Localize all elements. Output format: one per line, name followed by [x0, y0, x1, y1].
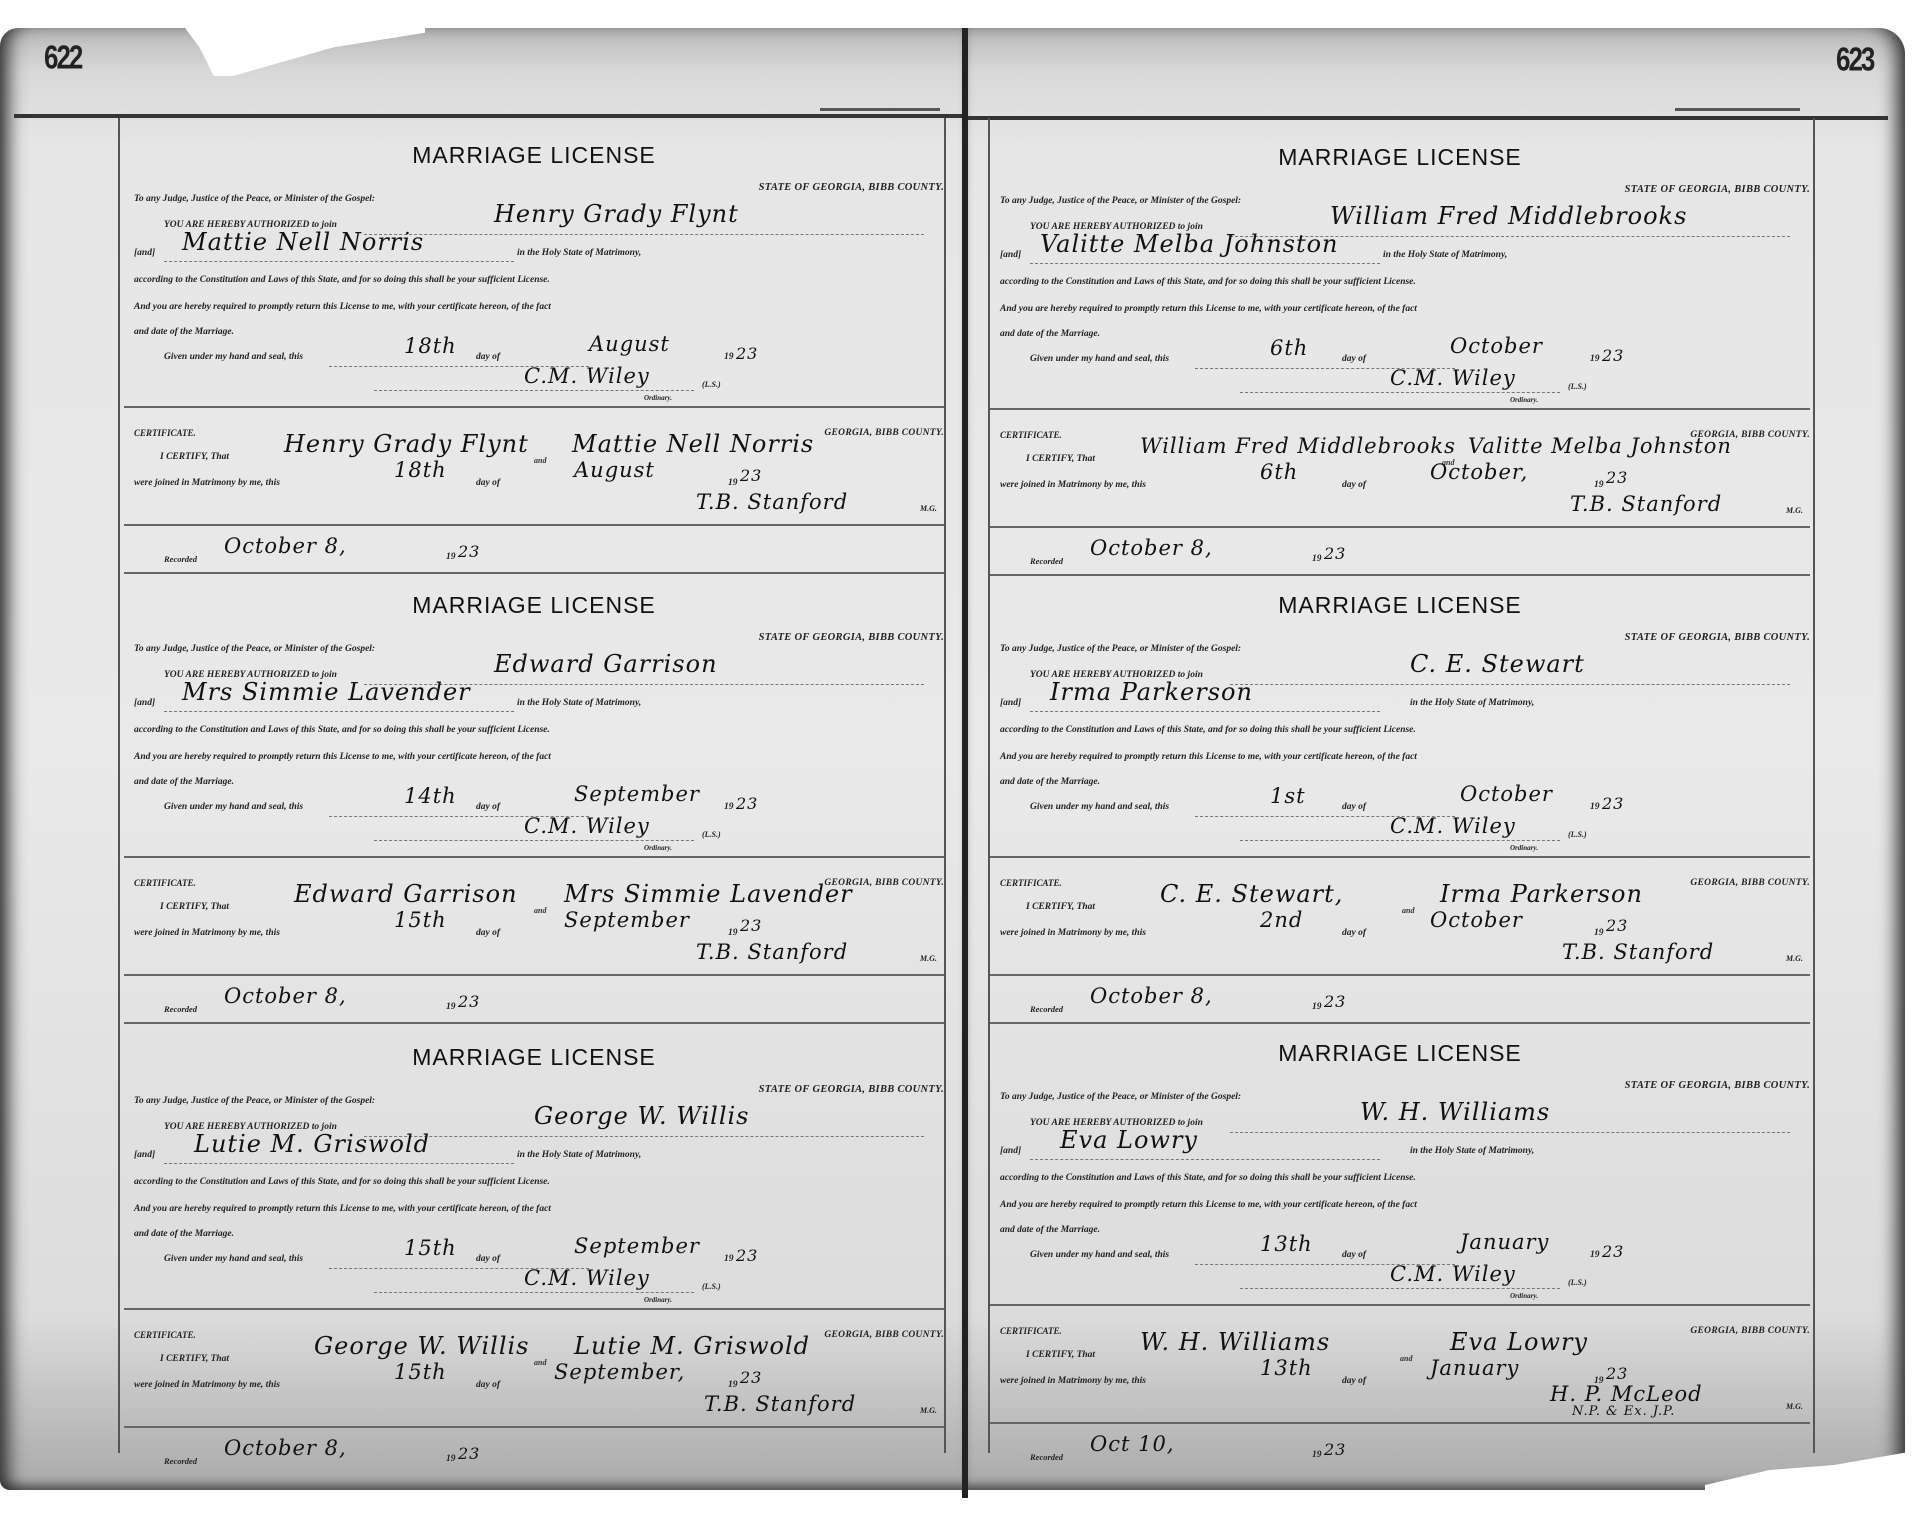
marriage-year: 23 — [1606, 468, 1628, 487]
groom-name: George W. Willis — [534, 1102, 750, 1130]
marriage-year: 23 — [1606, 916, 1628, 935]
constitution-line: according to the Constitution and Laws o… — [134, 1177, 550, 1187]
marriage-month: September — [564, 908, 690, 932]
ordinary-label: Ordinary. — [644, 394, 672, 402]
page-number-left: 622 — [44, 37, 81, 77]
recorded-year: 23 — [458, 1444, 480, 1463]
marriage-day: 6th — [1260, 460, 1298, 484]
date-line: and date of the Marriage. — [134, 1229, 234, 1239]
seal-label: (L.S.) — [1568, 830, 1587, 839]
day-of-label: day of — [1342, 1250, 1366, 1260]
groom-name: Henry Grady Flynt — [494, 200, 739, 228]
date-line: and date of the Marriage. — [1000, 329, 1100, 339]
cert-bride: Valitte Melba Johnston — [1468, 434, 1732, 458]
marriage-year: 23 — [740, 1368, 762, 1387]
year-prefix: 19 — [724, 802, 734, 812]
year-prefix: 19 — [1590, 802, 1600, 812]
license-title: MARRIAGE LICENSE — [124, 1044, 944, 1071]
day-of-label: day of — [1342, 928, 1366, 938]
mg-suffix: M.G. — [1786, 1402, 1803, 1411]
license-day: 1st — [1270, 784, 1306, 808]
year-prefix: 19 — [728, 928, 738, 938]
page-number-right: 623 — [1836, 39, 1873, 79]
printer-imprint-left — [820, 108, 940, 111]
officiant-signature: H. P. McLeod — [1550, 1382, 1703, 1406]
marriage-month: January — [1430, 1356, 1519, 1380]
officiant-signature: T.B. Stanford — [1562, 940, 1714, 964]
year-prefix: 19 — [724, 1254, 734, 1264]
recorded-date: October 8, — [224, 1436, 347, 1460]
ordinary-label: Ordinary. — [644, 844, 672, 852]
license-title: MARRIAGE LICENSE — [124, 142, 944, 169]
license-entry: MARRIAGE LICENSE STATE OF GEORGIA, BIBB … — [990, 130, 1810, 582]
license-month: September — [574, 782, 700, 806]
recorded-year: 23 — [1324, 992, 1346, 1011]
ordinary-signature: C.M. Wiley — [524, 364, 650, 388]
mg-suffix: M.G. — [1786, 506, 1803, 515]
license-entry: MARRIAGE LICENSE STATE OF GEORGIA, BIBB … — [990, 1026, 1810, 1478]
marriage-month: August — [574, 458, 655, 482]
marriage-year: 23 — [1606, 1364, 1628, 1383]
date-line: and date of the Marriage. — [134, 327, 234, 337]
license-year: 23 — [1602, 794, 1624, 813]
seal-label: (L.S.) — [702, 830, 721, 839]
certificate-label: CERTIFICATE. — [134, 1330, 196, 1340]
year-prefix: 19 — [1594, 928, 1604, 938]
constitution-line: according to the Constitution and Laws o… — [1000, 1173, 1416, 1183]
certificate-label: CERTIFICATE. — [1000, 430, 1062, 440]
recorded-date: October 8, — [224, 984, 347, 1008]
certificate-caption: GEORGIA, BIBB COUNTY. — [824, 428, 944, 438]
seal-label: (L.S.) — [702, 1282, 721, 1291]
mg-suffix: M.G. — [920, 504, 937, 513]
cert-bride: Mrs Simmie Lavender — [564, 880, 853, 908]
ordinary-signature: C.M. Wiley — [1390, 366, 1516, 390]
officiant-signature: T.B. Stanford — [704, 1392, 856, 1416]
year-prefix: 19 — [446, 552, 456, 562]
license-year: 23 — [736, 344, 758, 363]
cert-groom: Henry Grady Flynt — [284, 430, 529, 458]
license-month: January — [1460, 1230, 1549, 1254]
seal-label: (L.S.) — [702, 380, 721, 389]
license-year: 23 — [1602, 346, 1624, 365]
address-line: To any Judge, Justice of the Peace, or M… — [134, 194, 375, 204]
holy-state-text: in the Holy State of Matrimony, — [517, 698, 641, 708]
year-prefix: 19 — [1594, 480, 1604, 490]
marriage-day: 2nd — [1260, 908, 1303, 932]
holy-state-text: in the Holy State of Matrimony, — [1410, 698, 1534, 708]
cert-groom: Edward Garrison — [294, 880, 518, 908]
and-small: and — [534, 456, 546, 465]
holy-state-text: in the Holy State of Matrimony, — [1383, 250, 1507, 260]
state-caption: STATE OF GEORGIA, BIBB COUNTY. — [1625, 184, 1810, 195]
marriage-month: October — [1430, 908, 1523, 932]
and-label: [and] — [1000, 250, 1021, 260]
certify-that: I CERTIFY, That — [160, 452, 229, 462]
recorded-label: Recorded — [1030, 1004, 1063, 1014]
mg-suffix: M.G. — [1786, 954, 1803, 963]
recorded-date: October 8, — [1090, 536, 1213, 560]
certify-that: I CERTIFY, That — [1026, 902, 1095, 912]
book-spine — [962, 28, 968, 1498]
license-entry: MARRIAGE LICENSE STATE OF GEORGIA, BIBB … — [990, 578, 1810, 1030]
cert-groom: William Fred Middlebrooks — [1140, 434, 1456, 458]
address-line: To any Judge, Justice of the Peace, or M… — [1000, 196, 1241, 206]
certificate-label: CERTIFICATE. — [134, 428, 196, 438]
license-day: 15th — [404, 1236, 457, 1260]
and-label: [and] — [1000, 698, 1021, 708]
marriage-year: 23 — [740, 466, 762, 485]
state-caption: STATE OF GEORGIA, BIBB COUNTY. — [759, 632, 944, 643]
cert-bride: Mattie Nell Norris — [572, 430, 814, 458]
license-title: MARRIAGE LICENSE — [990, 592, 1810, 619]
year-prefix: 19 — [728, 1380, 738, 1390]
groom-name: William Fred Middlebrooks — [1330, 202, 1687, 230]
header-rule-right — [968, 116, 1888, 120]
marriage-month: October, — [1430, 460, 1528, 484]
officiant-signature: T.B. Stanford — [696, 940, 848, 964]
certificate-caption: GEORGIA, BIBB COUNTY. — [1690, 878, 1810, 888]
recorded-label: Recorded — [1030, 1452, 1063, 1462]
license-title: MARRIAGE LICENSE — [124, 592, 944, 619]
address-line: To any Judge, Justice of the Peace, or M… — [1000, 644, 1241, 654]
ordinary-signature: C.M. Wiley — [1390, 814, 1516, 838]
joined-line: were joined in Matrimony by me, this — [134, 478, 280, 488]
year-prefix: 19 — [446, 1454, 456, 1464]
address-line: To any Judge, Justice of the Peace, or M… — [134, 1096, 375, 1106]
year-prefix: 19 — [1312, 1450, 1322, 1460]
day-of-label: day of — [1342, 802, 1366, 812]
cert-bride: Lutie M. Griswold — [574, 1332, 810, 1360]
return-line: And you are hereby required to promptly … — [134, 752, 551, 762]
license-title: MARRIAGE LICENSE — [990, 144, 1810, 171]
bride-name: Valitte Melba Johnston — [1040, 230, 1339, 258]
and-label: [and] — [134, 248, 155, 258]
given-under-line: Given under my hand and seal, this — [164, 352, 303, 362]
ordinary-label: Ordinary. — [1510, 1292, 1538, 1300]
cert-groom: C. E. Stewart, — [1160, 880, 1343, 908]
marriage-day: 15th — [394, 1360, 447, 1384]
margin-rule-left-inner — [944, 118, 946, 1453]
recorded-label: Recorded — [1030, 556, 1063, 566]
margin-rule-right — [1813, 118, 1815, 1453]
state-caption: STATE OF GEORGIA, BIBB COUNTY. — [759, 182, 944, 193]
marriage-day: 13th — [1260, 1356, 1313, 1380]
and-small: and — [1400, 1354, 1412, 1363]
license-day: 18th — [404, 334, 457, 358]
address-line: To any Judge, Justice of the Peace, or M… — [1000, 1092, 1241, 1102]
officiant-signature: T.B. Stanford — [1570, 492, 1722, 516]
cert-groom: W. H. Williams — [1140, 1328, 1330, 1356]
year-prefix: 19 — [1590, 354, 1600, 364]
license-entry: MARRIAGE LICENSE STATE OF GEORGIA, BIBB … — [124, 578, 944, 1030]
ordinary-label: Ordinary. — [1510, 396, 1538, 404]
given-under-line: Given under my hand and seal, this — [1030, 802, 1169, 812]
day-of-label: day of — [1342, 1376, 1366, 1386]
day-of-label: day of — [476, 478, 500, 488]
recorded-label: Recorded — [164, 1004, 197, 1014]
joined-line: were joined in Matrimony by me, this — [1000, 928, 1146, 938]
license-day: 6th — [1270, 336, 1308, 360]
certificate-caption: GEORGIA, BIBB COUNTY. — [824, 1330, 944, 1340]
recorded-date: October 8, — [1090, 984, 1213, 1008]
year-prefix: 19 — [1312, 1002, 1322, 1012]
certify-that: I CERTIFY, That — [1026, 1350, 1095, 1360]
recorded-year: 23 — [1324, 544, 1346, 563]
license-month: September — [574, 1234, 700, 1258]
and-label: [and] — [1000, 1146, 1021, 1156]
address-line: To any Judge, Justice of the Peace, or M… — [134, 644, 375, 654]
ordinary-signature: C.M. Wiley — [1390, 1262, 1516, 1286]
license-day: 13th — [1260, 1232, 1313, 1256]
return-line: And you are hereby required to promptly … — [134, 1204, 551, 1214]
date-line: and date of the Marriage. — [134, 777, 234, 787]
given-under-line: Given under my hand and seal, this — [1030, 354, 1169, 364]
cert-bride: Irma Parkerson — [1440, 880, 1643, 908]
given-under-line: Given under my hand and seal, this — [164, 1254, 303, 1264]
seal-label: (L.S.) — [1568, 1278, 1587, 1287]
bride-name: Eva Lowry — [1060, 1126, 1198, 1154]
marriage-month: September, — [554, 1360, 685, 1384]
return-line: And you are hereby required to promptly … — [1000, 752, 1417, 762]
return-line: And you are hereby required to promptly … — [134, 302, 551, 312]
certify-that: I CERTIFY, That — [160, 902, 229, 912]
license-month: October — [1450, 334, 1543, 358]
year-prefix: 19 — [724, 352, 734, 362]
mg-suffix: M.G. — [920, 1406, 937, 1415]
margin-rule-left — [118, 118, 120, 1453]
license-day: 14th — [404, 784, 457, 808]
certify-that: I CERTIFY, That — [160, 1354, 229, 1364]
and-small: and — [1402, 906, 1414, 915]
year-prefix: 19 — [728, 478, 738, 488]
constitution-line: according to the Constitution and Laws o… — [1000, 277, 1416, 287]
ordinary-signature: C.M. Wiley — [524, 1266, 650, 1290]
return-line: And you are hereby required to promptly … — [1000, 304, 1417, 314]
and-small: and — [534, 906, 546, 915]
recorded-date: Oct 10, — [1090, 1432, 1175, 1456]
license-year: 23 — [736, 1246, 758, 1265]
given-under-line: Given under my hand and seal, this — [164, 802, 303, 812]
state-caption: STATE OF GEORGIA, BIBB COUNTY. — [1625, 632, 1810, 643]
license-title: MARRIAGE LICENSE — [990, 1040, 1810, 1067]
certificate-label: CERTIFICATE. — [134, 878, 196, 888]
officiant-title: N.P. & Ex. J.P. — [1572, 1404, 1675, 1419]
bride-name: Mrs Simmie Lavender — [182, 678, 471, 706]
license-month: August — [589, 332, 670, 356]
day-of-label: day of — [476, 928, 500, 938]
joined-line: were joined in Matrimony by me, this — [134, 928, 280, 938]
certificate-label: CERTIFICATE. — [1000, 1326, 1062, 1336]
joined-line: were joined in Matrimony by me, this — [134, 1380, 280, 1390]
joined-line: were joined in Matrimony by me, this — [1000, 480, 1146, 490]
day-of-label: day of — [476, 802, 500, 812]
groom-name: C. E. Stewart — [1410, 650, 1585, 678]
day-of-label: day of — [476, 1254, 500, 1264]
officiant-signature: T.B. Stanford — [696, 490, 848, 514]
marriage-day: 18th — [394, 458, 447, 482]
joined-line: were joined in Matrimony by me, this — [1000, 1376, 1146, 1386]
and-label: [and] — [134, 1150, 155, 1160]
state-caption: STATE OF GEORGIA, BIBB COUNTY. — [759, 1084, 944, 1095]
recorded-year: 23 — [1324, 1440, 1346, 1459]
and-label: [and] — [134, 698, 155, 708]
recorded-year: 23 — [458, 992, 480, 1011]
marriage-year: 23 — [740, 916, 762, 935]
day-of-label: day of — [1342, 480, 1366, 490]
constitution-line: according to the Constitution and Laws o… — [1000, 725, 1416, 735]
certify-that: I CERTIFY, That — [1026, 454, 1095, 464]
license-month: October — [1460, 782, 1553, 806]
mg-suffix: M.G. — [920, 954, 937, 963]
recorded-label: Recorded — [164, 1456, 197, 1466]
license-entry: MARRIAGE LICENSE STATE OF GEORGIA, BIBB … — [124, 128, 944, 580]
year-prefix: 19 — [1590, 1250, 1600, 1260]
certificate-caption: GEORGIA, BIBB COUNTY. — [1690, 1326, 1810, 1336]
date-line: and date of the Marriage. — [1000, 1225, 1100, 1235]
license-year: 23 — [736, 794, 758, 813]
year-prefix: 19 — [446, 1002, 456, 1012]
bride-name: Mattie Nell Norris — [182, 228, 424, 256]
given-under-line: Given under my hand and seal, this — [1030, 1250, 1169, 1260]
day-of-label: day of — [1342, 354, 1366, 364]
seal-label: (L.S.) — [1568, 382, 1587, 391]
holy-state-text: in the Holy State of Matrimony, — [517, 248, 641, 258]
recorded-year: 23 — [458, 542, 480, 561]
holy-state-text: in the Holy State of Matrimony, — [517, 1150, 641, 1160]
ordinary-signature: C.M. Wiley — [524, 814, 650, 838]
ordinary-label: Ordinary. — [644, 1296, 672, 1304]
constitution-line: according to the Constitution and Laws o… — [134, 725, 550, 735]
ordinary-label: Ordinary. — [1510, 844, 1538, 852]
date-line: and date of the Marriage. — [1000, 777, 1100, 787]
printer-imprint-right — [1675, 108, 1800, 111]
cert-groom: George W. Willis — [314, 1332, 530, 1360]
cert-bride: Eva Lowry — [1450, 1328, 1588, 1356]
and-small: and — [534, 1358, 546, 1367]
day-of-label: day of — [476, 1380, 500, 1390]
marriage-day: 15th — [394, 908, 447, 932]
groom-name: W. H. Williams — [1360, 1098, 1550, 1126]
recorded-label: Recorded — [164, 554, 197, 564]
bride-name: Lutie M. Griswold — [194, 1130, 430, 1158]
day-of-label: day of — [476, 352, 500, 362]
year-prefix: 19 — [1312, 554, 1322, 564]
certificate-label: CERTIFICATE. — [1000, 878, 1062, 888]
license-year: 23 — [1602, 1242, 1624, 1261]
constitution-line: according to the Constitution and Laws o… — [134, 275, 550, 285]
header-rule-left — [14, 114, 962, 118]
bride-name: Irma Parkerson — [1050, 678, 1253, 706]
holy-state-text: in the Holy State of Matrimony, — [1410, 1146, 1534, 1156]
groom-name: Edward Garrison — [494, 650, 718, 678]
recorded-date: October 8, — [224, 534, 347, 558]
return-line: And you are hereby required to promptly … — [1000, 1200, 1417, 1210]
state-caption: STATE OF GEORGIA, BIBB COUNTY. — [1625, 1080, 1810, 1091]
license-entry: MARRIAGE LICENSE STATE OF GEORGIA, BIBB … — [124, 1030, 944, 1482]
